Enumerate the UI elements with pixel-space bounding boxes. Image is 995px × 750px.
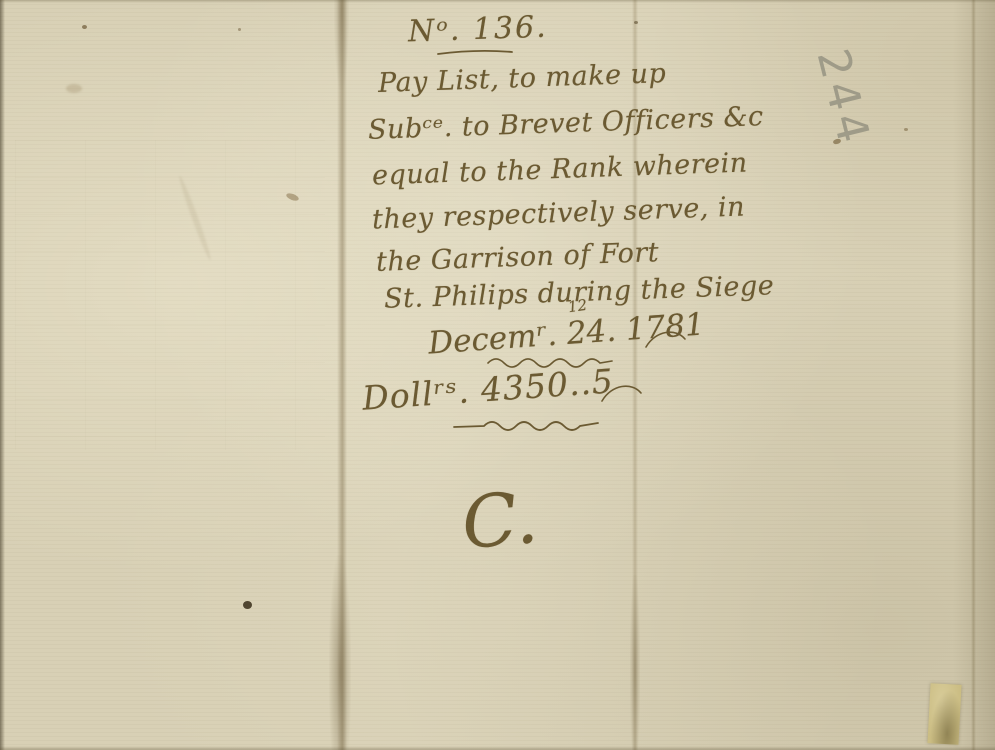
ghost-ruling (15, 140, 325, 450)
amount-underline-squiggle (452, 418, 602, 432)
ink-speck (238, 28, 241, 31)
docket-body-line: Subᶜᵉ. to Brevet Officers &c (368, 101, 765, 146)
date-flourish (644, 326, 688, 352)
paper-edge-bottom (0, 746, 995, 750)
docket-body-line: they respectively serve, in (372, 192, 746, 236)
stain-smudge (66, 84, 82, 93)
amount-flourish (600, 380, 644, 406)
crease-stain-bottom-right (630, 575, 640, 750)
ink-speck (243, 601, 252, 609)
pencil-folio-number: 244 (807, 44, 880, 152)
docket-body-line: the Garrison of Fort (376, 237, 660, 278)
docket-amount: Dollʳˢ. 4350..5 (361, 361, 615, 417)
paper-edge-top (0, 0, 995, 3)
ink-speck (82, 25, 87, 29)
number-underline (436, 47, 514, 57)
crease-stain-bottom (329, 555, 351, 750)
docket-body-line: Pay List, to make up (378, 58, 667, 99)
date-superscript: 12 (567, 296, 588, 316)
ink-speck (634, 21, 638, 24)
docket-number: Nᵒ. 136. (407, 10, 548, 50)
ink-speck (904, 128, 908, 131)
clerk-initial: C. (458, 475, 540, 565)
tape-repair (927, 683, 961, 745)
manuscript-scan: Nᵒ. 136. Pay List, to make up Subᶜᵉ. to … (0, 0, 995, 750)
docket-body-line: equal to the Rank wherein (372, 147, 749, 191)
paper-edge-left (0, 0, 5, 750)
crease-stain-top (334, 0, 349, 90)
paper-edge-right (953, 0, 995, 750)
